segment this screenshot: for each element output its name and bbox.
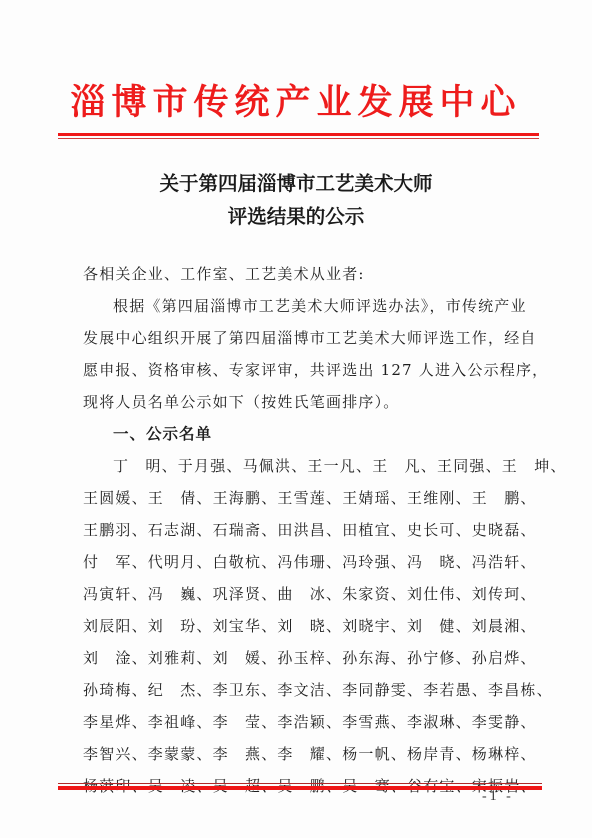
footer-red-rule-thin: [58, 783, 542, 784]
page-number: -1 -: [482, 789, 514, 805]
name-list-line: 王鹏羽、石志湖、石瑞斋、田洪昌、田植宜、史长可、史晓磊、: [83, 514, 523, 546]
name-list-line: 付 军、代明月、白敬杭、冯伟珊、冯玲强、冯 晓、冯浩轩、: [83, 546, 523, 578]
name-list-line: 冯寅轩、冯 巍、巩泽贤、曲 冰、朱家资、刘仕伟、刘传珂、: [83, 578, 523, 610]
name-list-line: 王圆媛、王 倩、王海鹏、王雪莲、王婧瑶、王维刚、王 鹏、: [83, 482, 523, 514]
paragraph-line: 发展中心组织开展了第四届淄博市工艺美术大师评选工作，经自: [83, 322, 523, 354]
document-body: 各相关企业、工作室、工艺美术从业者: 根据《第四届淄博市工艺美术大师评选办法》，…: [83, 258, 523, 802]
name-list-line: 刘 淦、刘雅莉、刘 媛、孙玉梓、孙东海、孙宁修、孙启烨、: [83, 642, 523, 674]
name-list-line: 刘辰阳、刘 玢、刘宝华、刘 晓、刘晓宇、刘 健、刘晨湘、: [83, 610, 523, 642]
name-list-line: 李智兴、李蒙蒙、李 燕、李 耀、杨一帆、杨岸青、杨琳梓、: [83, 738, 523, 770]
paragraph-line: 愿申报、资格审核、专家评审，共评选出 127 人进入公示程序，: [83, 354, 523, 386]
masthead-red-rule-thick: [58, 133, 539, 136]
masthead-org-name: 淄博市传统产业发展中心: [0, 82, 592, 124]
document-title-line-1: 关于第四届淄博市工艺美术大师: [0, 168, 592, 196]
name-list-line: 李星烨、李祖峰、李 莹、李浩颖、李雪燕、李淑琳、李雯静、: [83, 706, 523, 738]
paragraph-line: 现将人员名单公示如下（按姓氏笔画排序）。: [83, 386, 523, 418]
name-list-line: 丁 明、于月强、马佩洪、王一凡、王 凡、王同强、王 坤、: [83, 450, 523, 482]
section-heading: 一、公示名单: [83, 418, 523, 450]
document-title-line-2: 评选结果的公示: [0, 201, 592, 229]
paragraph-line: 根据《第四届淄博市工艺美术大师评选办法》，市传统产业: [83, 290, 523, 322]
masthead-red-rule-thin: [58, 138, 539, 139]
footer-red-rule-thick: [58, 786, 542, 790]
name-list-line: 孙琦梅、纪 杰、李卫东、李文洁、李同静雯、李若愚、李昌栋、: [83, 674, 523, 706]
salutation: 各相关企业、工作室、工艺美术从业者:: [83, 258, 523, 290]
